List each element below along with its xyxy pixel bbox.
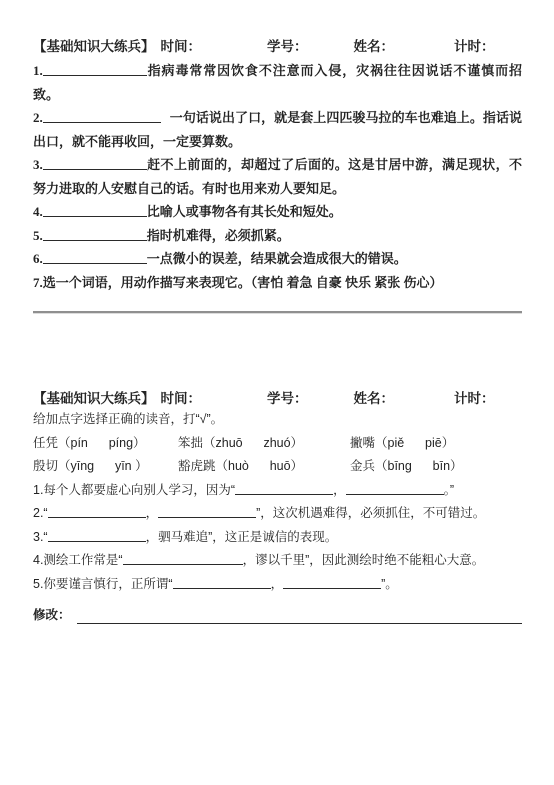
fill-blank[interactable] bbox=[173, 576, 271, 589]
fill-blank[interactable] bbox=[48, 529, 146, 542]
question-separator: ， bbox=[146, 506, 159, 520]
question-text: 5.你要谨言慎行，正所谓“ bbox=[33, 577, 173, 591]
question-text: 2.“ bbox=[33, 506, 48, 520]
question-number: 2. bbox=[33, 110, 43, 125]
section-1: 【基础知识大练兵】 时间： 学号： 姓名： 计时： 1.指病毒常常因饮食不注意而… bbox=[33, 38, 522, 294]
worksheet-page: 【基础知识大练兵】 时间： 学号： 姓名： 计时： 1.指病毒常常因饮食不注意而… bbox=[0, 0, 554, 785]
time-field-label: 时间： bbox=[161, 390, 202, 408]
question-number: 7. bbox=[33, 275, 43, 290]
pinyin-choice[interactable]: 任凭（pín píng） bbox=[33, 432, 178, 456]
fill-blank[interactable] bbox=[43, 157, 147, 170]
fill-blank[interactable] bbox=[43, 251, 147, 264]
question-item: 5.你要谨言慎行，正所谓“，”。 bbox=[33, 573, 522, 597]
pinyin-choice[interactable]: 笨拙（zhuō zhuó） bbox=[178, 432, 350, 456]
question-number: 1. bbox=[33, 63, 43, 78]
question-separator: ， bbox=[271, 577, 284, 591]
question-item: 2.“，”，这次机遇难得，必须抓住，不可错过。 bbox=[33, 502, 522, 526]
fill-blank[interactable] bbox=[43, 110, 161, 123]
name-field-label: 姓名： bbox=[354, 390, 395, 408]
question-text: 一点微小的误差，结果就会造成很大的错误。 bbox=[147, 251, 407, 266]
question-item: 3.赶不上前面的，却超过了后面的。这是甘居中游，满足现状，不努力进取的人安慰自己… bbox=[33, 153, 522, 200]
section-title: 【基础知识大练兵】 bbox=[33, 390, 155, 408]
fill-blank[interactable] bbox=[123, 552, 243, 565]
question-item: 4.测绘工作常是“，谬以千里”，因此测绘时绝不能粗心大意。 bbox=[33, 549, 522, 573]
question-number: 5. bbox=[33, 228, 43, 243]
timing-field-label: 计时： bbox=[454, 38, 495, 56]
revision-label: 修改： bbox=[33, 604, 71, 628]
section-divider bbox=[33, 311, 522, 314]
question-text: ，谬以千里”，因此测绘时绝不能粗心大意。 bbox=[243, 553, 485, 567]
question-item: 2.一句话说出了口，就是套上四匹骏马拉的车也难追上。指话说出口，就不能再收回，一… bbox=[33, 106, 522, 153]
section-1-questions: 1.指病毒常常因饮食不注意而入侵，灾祸往往因说话不谨慎而招致。 2.一句话说出了… bbox=[33, 59, 522, 294]
fill-blank[interactable] bbox=[43, 63, 147, 76]
name-field-label: 姓名： bbox=[354, 38, 395, 56]
student-id-field-label: 学号： bbox=[267, 390, 308, 408]
section-2-header: 【基础知识大练兵】 时间： 学号： 姓名： 计时： bbox=[33, 390, 522, 408]
question-item: 5.指时机难得，必须抓紧。 bbox=[33, 224, 522, 248]
fill-blank[interactable] bbox=[48, 505, 146, 518]
fill-blank[interactable] bbox=[346, 482, 444, 495]
question-text: 选一个词语，用动作描写来表现它。（害怕 着急 自豪 快乐 紧张 伤心） bbox=[43, 275, 443, 290]
pinyin-choice[interactable]: 殷切（yīng yīn ） bbox=[33, 455, 178, 479]
question-number: 3. bbox=[33, 157, 43, 172]
question-item: 7.选一个词语，用动作描写来表现它。（害怕 着急 自豪 快乐 紧张 伤心） bbox=[33, 271, 522, 295]
fill-blank[interactable] bbox=[235, 482, 333, 495]
timing-field-label: 计时： bbox=[454, 390, 495, 408]
section-1-header: 【基础知识大练兵】 时间： 学号： 姓名： 计时： bbox=[33, 38, 522, 56]
pinyin-row: 任凭（pín píng） 笨拙（zhuō zhuó） 撇嘴（piě piē） bbox=[33, 432, 522, 456]
question-item: 1.指病毒常常因饮食不注意而入侵，灾祸往往因说话不谨慎而招致。 bbox=[33, 59, 522, 106]
question-item: 6.一点微小的误差，结果就会造成很大的错误。 bbox=[33, 247, 522, 271]
revision-row: 修改： bbox=[33, 604, 522, 628]
section-title: 【基础知识大练兵】 bbox=[33, 38, 155, 56]
fill-blank[interactable] bbox=[283, 576, 381, 589]
question-text: 指时机难得，必须抓紧。 bbox=[147, 228, 290, 243]
section-2: 【基础知识大练兵】 时间： 学号： 姓名： 计时： 给加点字选择正确的读音，打“… bbox=[33, 390, 522, 628]
fill-blank[interactable] bbox=[158, 505, 256, 518]
fill-blank[interactable] bbox=[43, 204, 147, 217]
revision-blank[interactable] bbox=[77, 609, 522, 624]
question-text: ”，这次机遇难得，必须抓住，不可错过。 bbox=[256, 506, 485, 520]
pinyin-choice[interactable]: 金兵（bīng bīn） bbox=[350, 455, 522, 479]
question-separator: ， bbox=[333, 483, 346, 497]
pinyin-row: 殷切（yīng yīn ） 豁虎跳（huò huō） 金兵（bīng bīn） bbox=[33, 455, 522, 479]
pinyin-instruction: 给加点字选择正确的读音，打“√”。 bbox=[33, 408, 522, 432]
question-text: 1.每个人都要虚心向别人学习，因为“ bbox=[33, 483, 235, 497]
question-text: 。” bbox=[444, 483, 454, 497]
question-item: 3.“，驷马难追”，这正是诚信的表现。 bbox=[33, 526, 522, 550]
question-text: ，驷马难追”，这正是诚信的表现。 bbox=[146, 530, 338, 544]
question-text: 3.“ bbox=[33, 530, 48, 544]
question-text: 比喻人或事物各有其长处和短处。 bbox=[147, 204, 342, 219]
fill-blank[interactable] bbox=[43, 228, 147, 241]
question-text: ”。 bbox=[381, 577, 398, 591]
time-field-label: 时间： bbox=[161, 38, 202, 56]
question-number: 4. bbox=[33, 204, 43, 219]
question-text: 4.测绘工作常是“ bbox=[33, 553, 123, 567]
question-item: 4.比喻人或事物各有其长处和短处。 bbox=[33, 200, 522, 224]
pinyin-choice[interactable]: 豁虎跳（huò huō） bbox=[178, 455, 350, 479]
question-item: 1.每个人都要虚心向别人学习，因为“，。” bbox=[33, 479, 522, 503]
student-id-field-label: 学号： bbox=[267, 38, 308, 56]
question-number: 6. bbox=[33, 251, 43, 266]
pinyin-choice[interactable]: 撇嘴（piě piē） bbox=[350, 432, 522, 456]
